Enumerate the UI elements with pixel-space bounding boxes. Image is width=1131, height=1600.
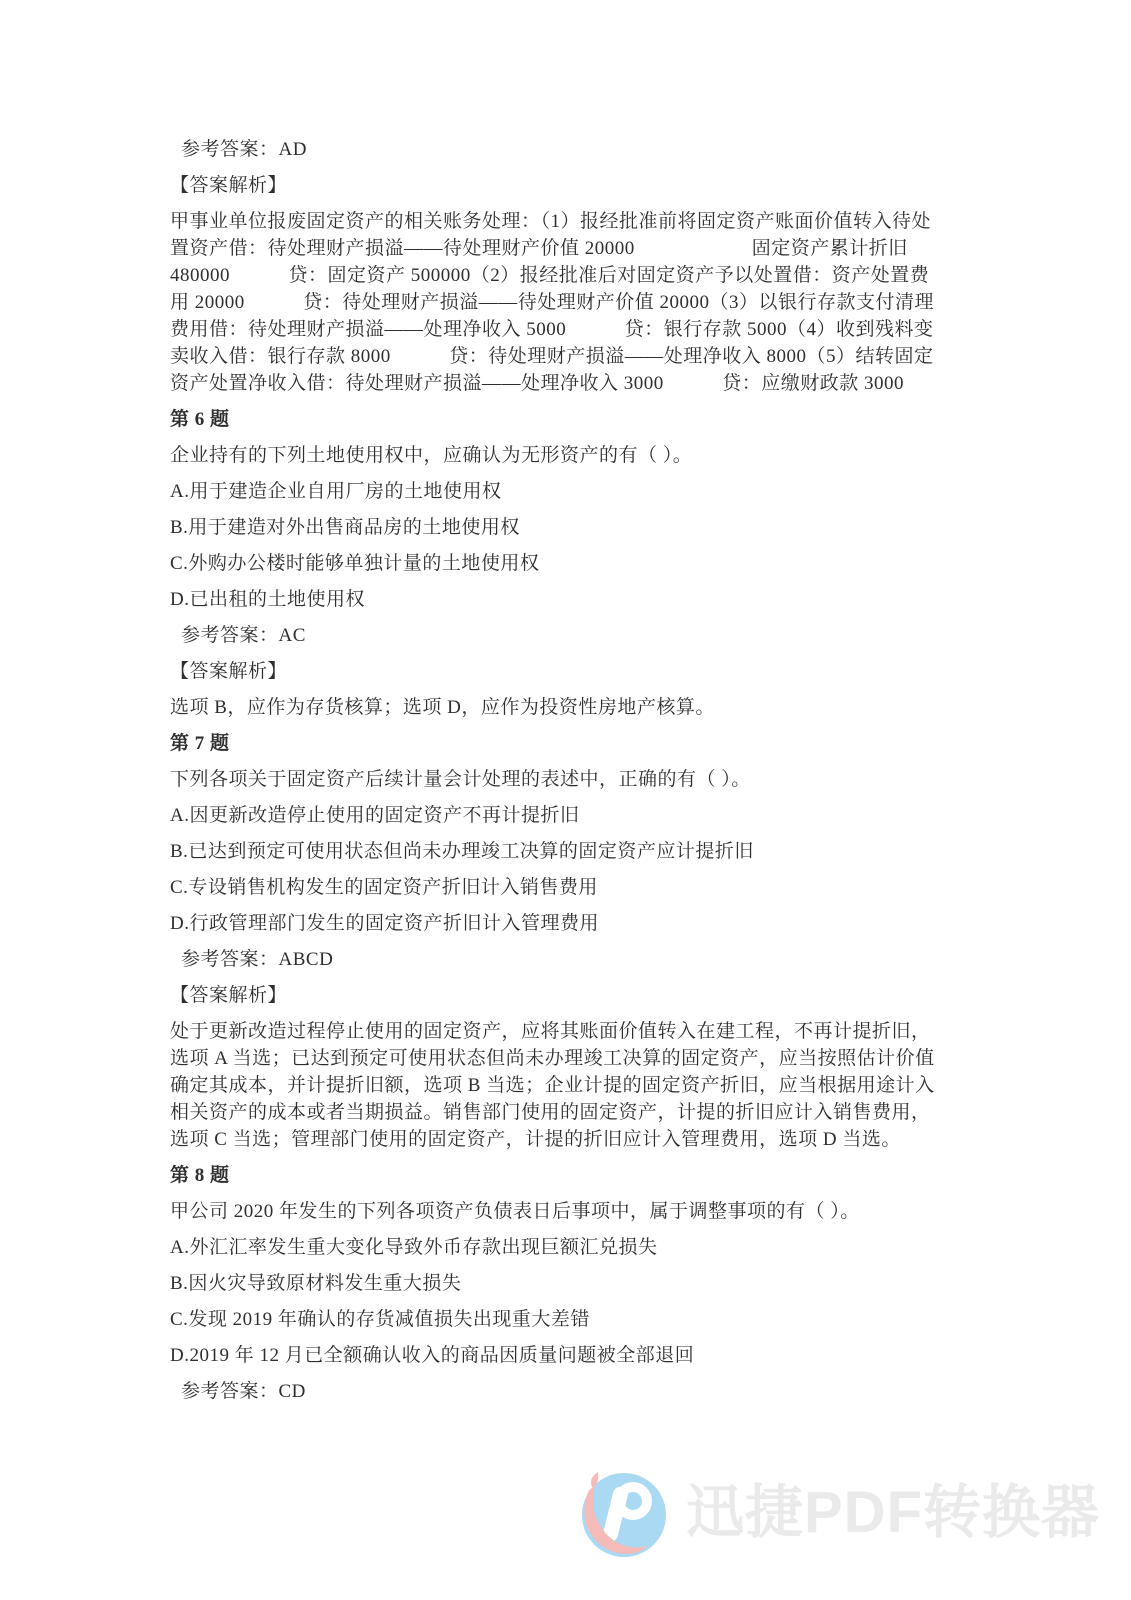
q7-option-d: D.行政管理部门发生的固定资产折旧计入管理费用 [170,910,980,937]
analysis-line: 480000 贷：固定资产 500000（2）报经批准后对固定资产予以处置借：资… [170,262,980,289]
q6-option-d: D.已出租的土地使用权 [170,586,980,613]
q6-reference-answer: 参考答案：AC [170,622,980,649]
q5-analysis-label: 【答案解析】 [170,172,980,199]
q6-analysis-text: 选项 B，应作为存货核算；选项 D，应作为投资性房地产核算。 [170,694,980,721]
analysis-line: 选项 C 当选；管理部门使用的固定资产，计提的折旧应计入管理费用，选项 D 当选… [170,1126,980,1153]
q8-option-c: C.发现 2019 年确认的存货减值损失出现重大差错 [170,1306,980,1333]
q6-analysis-label: 【答案解析】 [170,658,980,685]
analysis-line: 资产处置净收入借：待处理财产损溢——处理净收入 3000 贷：应缴财政款 300… [170,370,980,397]
q8-heading: 第 8 题 [170,1162,980,1189]
q5-reference-answer: 参考答案：AD [170,136,980,163]
analysis-line: 甲事业单位报废固定资产的相关账务处理：（1）报经批准前将固定资产账面价值转入待处 [170,208,980,235]
q8-heading-text: 第 8 题 [170,1162,980,1189]
analysis-line: 卖收入借：银行存款 8000 贷：待处理财产损溢——处理净收入 8000（5）结… [170,343,980,370]
q7-analysis-paragraph: 处于更新改造过程停止使用的固定资产，应将其账面价值转入在建工程，不再计提折旧， … [170,1018,980,1153]
q7-question-text: 下列各项关于固定资产后续计量会计处理的表述中，正确的有（ ）。 [170,766,980,793]
q6-option-c: C.外购办公楼时能够单独计量的土地使用权 [170,550,980,577]
q6-heading-text: 第 6 题 [170,406,980,433]
q8-option-a: A.外汇汇率发生重大变化导致外币存款出现巨额汇兑损失 [170,1234,980,1261]
q6-option-b: B.用于建造对外出售商品房的土地使用权 [170,514,980,541]
q7-heading-text: 第 7 题 [170,730,980,757]
q7-option-b: B.已达到预定可使用状态但尚未办理竣工决算的固定资产应计提折旧 [170,838,980,865]
q8-option-d: D.2019 年 12 月已全额确认收入的商品因质量问题被全部退回 [170,1342,980,1369]
q7-reference-answer: 参考答案：ABCD [170,946,980,973]
pdf-converter-watermark-text: 迅捷PDF转换器 [686,1466,1100,1560]
q8-reference-answer: 参考答案：CD [170,1378,980,1405]
q7-heading: 第 7 题 [170,730,980,757]
analysis-line: 处于更新改造过程停止使用的固定资产，应将其账面价值转入在建工程，不再计提折旧， [170,1018,980,1045]
q5-analysis-paragraph: 甲事业单位报废固定资产的相关账务处理：（1）报经批准前将固定资产账面价值转入待处… [170,208,980,397]
pdf-converter-logo-icon [576,1466,670,1560]
q6-heading: 第 6 题 [170,406,980,433]
analysis-line: 确定其成本，并计提折旧额，选项 B 当选；企业计提的固定资产折旧，应当根据用途计… [170,1072,980,1099]
q6-question-text: 企业持有的下列土地使用权中，应确认为无形资产的有（ ）。 [170,442,980,469]
analysis-line: 用 20000 贷：待处理财产损溢——待处理财产价值 20000（3）以银行存款… [170,289,980,316]
document-content: 参考答案：AD 【答案解析】 甲事业单位报废固定资产的相关账务处理：（1）报经批… [170,136,980,1414]
q6-option-a: A.用于建造企业自用厂房的土地使用权 [170,478,980,505]
q8-question-text: 甲公司 2020 年发生的下列各项资产负债表日后事项中，属于调整事项的有（ ）。 [170,1198,980,1225]
analysis-line: 相关资产的成本或者当期损益。销售部门使用的固定资产，计提的折旧应计入销售费用， [170,1099,980,1126]
q7-option-c: C.专设销售机构发生的固定资产折旧计入销售费用 [170,874,980,901]
q7-analysis-label: 【答案解析】 [170,982,980,1009]
pdf-converter-watermark: 迅捷PDF转换器 [576,1466,1100,1560]
analysis-line: 费用借：待处理财产损溢——处理净收入 5000 贷：银行存款 5000（4）收到… [170,316,980,343]
document-page: 参考答案：AD 【答案解析】 甲事业单位报废固定资产的相关账务处理：（1）报经批… [0,0,1131,1600]
analysis-line: 置资产借：待处理财产损溢——待处理财产价值 20000 固定资产累计折旧 [170,235,980,262]
q7-option-a: A.因更新改造停止使用的固定资产不再计提折旧 [170,802,980,829]
q8-option-b: B.因火灾导致原材料发生重大损失 [170,1270,980,1297]
analysis-line: 选项 A 当选；已达到预定可使用状态但尚未办理竣工决算的固定资产，应当按照估计价… [170,1045,980,1072]
